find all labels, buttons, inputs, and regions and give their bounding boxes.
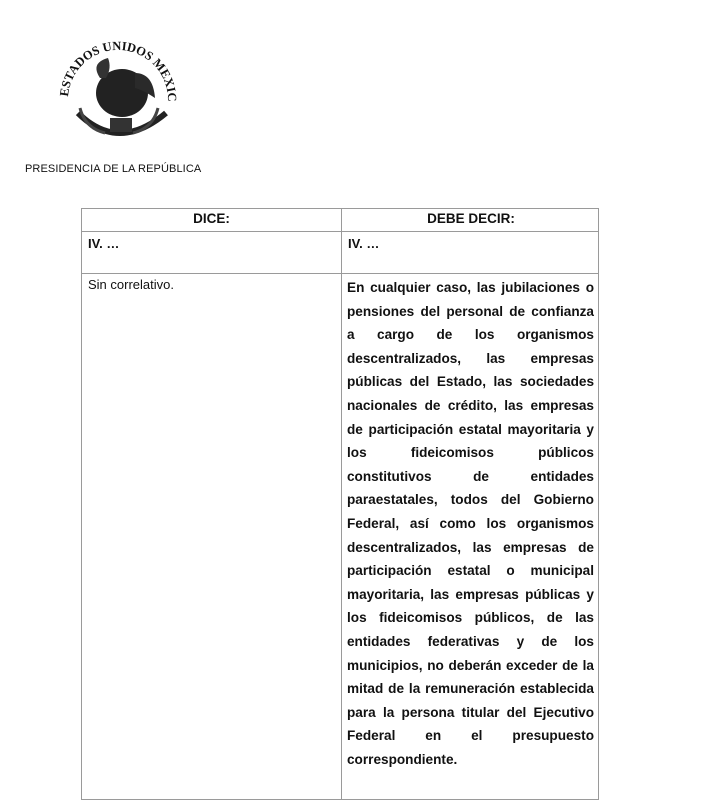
row-divider: [82, 231, 598, 232]
comparison-table: DICE: DEBE DECIR: IV. … IV. … Sin correl…: [81, 208, 599, 800]
column-divider: [341, 209, 342, 799]
cell-dice-sin-correlativo: Sin correlativo.: [88, 277, 174, 292]
row-divider: [82, 273, 598, 274]
coat-of-arms-seal: ESTADOS UNIDOS MEXICANOS: [40, 18, 190, 158]
cell-dice-iv: IV. …: [88, 236, 119, 251]
column-header-dice: DICE:: [82, 211, 341, 226]
agency-name: PRESIDENCIA DE LA REPÚBLICA: [25, 163, 201, 175]
cell-debe-decir-iv: IV. …: [348, 236, 379, 251]
column-header-debe-decir: DEBE DECIR:: [342, 211, 600, 226]
eagle-seal-icon: ESTADOS UNIDOS MEXICANOS: [40, 18, 190, 158]
cell-debe-decir-paragraph: En cualquier caso, las jubilaciones o pe…: [347, 276, 594, 771]
